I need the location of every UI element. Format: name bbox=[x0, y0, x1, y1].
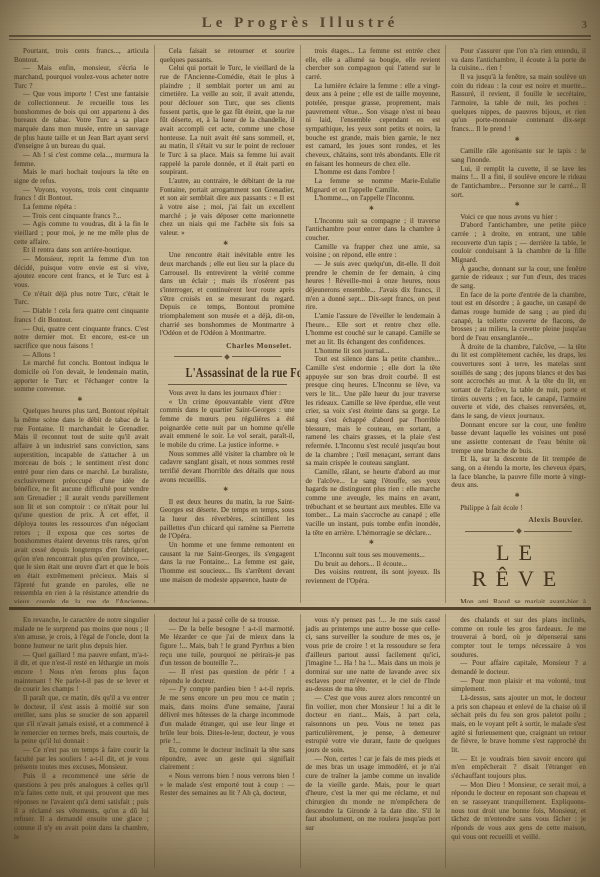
paragraph: L'Inconnu suit sa compagne ; il traverse… bbox=[306, 217, 441, 243]
paragraph: — Voyons, voyons, trois cent cinquante f… bbox=[14, 186, 149, 203]
paragraph: trois étages... La femme est entrée chez… bbox=[306, 47, 441, 82]
paragraph: Tout est silence dans la petite chambre.… bbox=[306, 355, 441, 468]
paragraph: Du bruit au dehors... Il écoute... bbox=[306, 560, 441, 569]
paragraph: D'abord l'antichambre, une petite pièce … bbox=[451, 221, 586, 264]
paragraph: Philippe à fait école ! bbox=[451, 504, 586, 513]
paragraph: Des voisins rentrent, ils sont joyeux. I… bbox=[306, 568, 441, 585]
paragraph: Voici ce que nous avons vu hier : bbox=[451, 213, 586, 222]
paragraph: « Un crime épouvantable vient d'être com… bbox=[160, 398, 295, 450]
paragraph: — Quel gaillard ! ma pauvre enfant, m'a-… bbox=[14, 651, 149, 694]
paragraph: Nous sommes allé visiter la chambre où l… bbox=[160, 450, 295, 485]
signature-alexis-bouvier: Alexis Bouvier. bbox=[451, 515, 583, 524]
page-number: 3 bbox=[582, 19, 588, 31]
paragraph: Vous avez lu dans les journaux d'hier : bbox=[160, 389, 295, 398]
feuilleton-separator-rule bbox=[9, 607, 591, 610]
section-break-ornament: ✱ bbox=[306, 540, 441, 547]
paragraph: En face de la porte d'entrée de la chamb… bbox=[451, 291, 586, 343]
section-break-ornament: ✱ bbox=[451, 202, 586, 209]
paragraph: Il va jusqu'à la fenêtre, sa main soulèv… bbox=[451, 73, 586, 134]
paragraph: — Ce n'est pas un temps à faire courir l… bbox=[14, 746, 149, 772]
masthead-title: Le Progrès Illustré bbox=[202, 15, 399, 32]
paragraph: Il paraît que, ce matin, dès qu'il a vu … bbox=[14, 694, 149, 746]
top-section: Pourtant, trois cents francs..., articul… bbox=[9, 45, 591, 603]
column-3: trois étages... La femme est entrée chez… bbox=[300, 45, 446, 603]
paragraph: — Trois cent cinquante francs ?... bbox=[14, 212, 149, 221]
paragraph: La femme se nomme Marie-Eulalie Mignard … bbox=[306, 177, 441, 194]
paragraph: Il est deux heures du matin, la rue Sain… bbox=[160, 498, 295, 541]
paragraph: En revanche, le caractère de notre singu… bbox=[14, 616, 149, 651]
article-headline-assassinat: L'Assassinat de la rue Fontaine bbox=[185, 366, 299, 382]
paragraph: Lui, il remplit la cuvette, il se lave l… bbox=[451, 165, 586, 200]
paragraph: Pour s'assurer que l'on n'a rien entendu… bbox=[451, 47, 586, 73]
paragraph: — De la belle besogne ! a-t-il marmotté.… bbox=[160, 625, 295, 668]
article-headline-wrap: L'Assassinat de la rue Fontaine bbox=[160, 364, 295, 382]
paragraph: À droite de la chambre, l'alcôve, — la t… bbox=[451, 343, 586, 421]
paragraph: « Nous verrons bien ! nous verrons bien … bbox=[160, 772, 295, 798]
feuilleton-text-col1: En revanche, le caractère de notre singu… bbox=[14, 616, 149, 841]
paragraph: — Ah ! si c'est comme cela..., murmura l… bbox=[14, 151, 149, 168]
ornament-divider bbox=[174, 355, 281, 359]
paragraph: Un homme et une femme remontent en causa… bbox=[160, 541, 295, 584]
paragraph: Ce n'était déjà plus notre Turc, c'était… bbox=[14, 290, 149, 307]
paragraph: Là-dessus, sans ajouter un mot, le docte… bbox=[451, 694, 586, 755]
paragraph: Camille râle agonisante sur le tapis : l… bbox=[451, 147, 586, 164]
section-break-ornament: ✱ bbox=[451, 493, 586, 500]
section-break-ornament: ✱ bbox=[160, 241, 295, 248]
column-2: Cela faisait se retourner et sourire que… bbox=[154, 45, 300, 603]
paragraph: Une rencontre était inévitable entre les… bbox=[160, 251, 295, 338]
paragraph: L'amie l'assure de l'éveiller le lendema… bbox=[306, 312, 441, 347]
paragraph: Puis il a recommencé une série de questi… bbox=[14, 772, 149, 841]
reve-story-col4: Mon ami Raoul se mariait avant-hier à Sa… bbox=[451, 598, 586, 603]
masthead-double-rule bbox=[9, 35, 591, 40]
signature-charles-monselet: Charles Monselet. bbox=[160, 341, 292, 350]
paragraph: À gauche, donnant sur la cour, une fenêt… bbox=[451, 265, 586, 291]
paragraph: L'homme..., on l'appelle l'Inconnu. bbox=[306, 194, 441, 203]
feuilleton-text-col3: vous n'y pensez pas !... Je me suis cass… bbox=[306, 616, 441, 833]
paragraph: Et, comme le docteur inclinait la tête s… bbox=[160, 746, 295, 772]
feuilleton-column-3: vous n'y pensez pas !... Je me suis cass… bbox=[300, 614, 446, 868]
paragraph: L'autre, au contraire, le débitant de la… bbox=[160, 177, 295, 238]
paragraph: L'homme lit son journal... bbox=[306, 347, 441, 356]
section-break-ornament: ✱ bbox=[306, 206, 441, 213]
section-break-ornament: ✱ bbox=[451, 137, 586, 144]
paragraph: — Allons ! bbox=[14, 351, 149, 360]
paragraph: — Non, certes ! car je fais de mes pieds… bbox=[306, 755, 441, 833]
paragraph: — J'y compte pardieu bien ! a-t-il repri… bbox=[160, 685, 295, 746]
paragraph: — Mais enfin, monsieur, s'écria le march… bbox=[14, 64, 149, 90]
paragraph: Camille va frapper chez une amie, sa voi… bbox=[306, 243, 441, 260]
paragraph: Et là, sur la descente de lit trempée de… bbox=[451, 455, 586, 490]
paragraph: Donnant encore sur la cour, une fenêtre … bbox=[451, 421, 586, 456]
column-1: Pourtant, trois cents francs..., articul… bbox=[9, 45, 154, 603]
paragraph: vous n'y pensez pas !... Je me suis cass… bbox=[306, 616, 441, 694]
paragraph: — Pour affaire capitale, Monsieur ? a de… bbox=[451, 659, 586, 676]
paragraph: — Mon Dieu ! Monsieur, ce serait moi, a … bbox=[451, 781, 586, 842]
feuilleton-column-1: En revanche, le caractère de notre singu… bbox=[9, 614, 154, 868]
feuilleton-text-col2: docteur lui a passé celle de sa trousse.… bbox=[160, 616, 295, 798]
diamond-icon bbox=[224, 354, 230, 360]
paragraph: L'Inconnu suit tous ses mouvements... bbox=[306, 551, 441, 560]
paragraph: Quelques heures plus tard, Bontout répét… bbox=[14, 407, 149, 603]
paragraph: Le marché fut conclu. Bontout indiqua le… bbox=[14, 359, 149, 394]
assassinat-article-col3: trois étages... La femme est entrée chez… bbox=[306, 47, 441, 586]
section-break-ornament: ✱ bbox=[160, 487, 295, 494]
paragraph: Camille, râlant, se heurte d'abord au mu… bbox=[306, 468, 441, 537]
paragraph: Et il rentra dans son arrière-boutique. bbox=[14, 246, 149, 255]
paragraph: — Oui, quatre cent cinquante francs. C'e… bbox=[14, 325, 149, 351]
paragraph: Celui qui portait le Turc, le vieillard … bbox=[160, 64, 295, 177]
paragraph: Mon ami Raoul se mariait avant-hier à Sa… bbox=[451, 598, 586, 603]
headline-rule bbox=[168, 384, 287, 385]
paragraph: La femme répéta : bbox=[14, 203, 149, 212]
paragraph: des chalands et sur des plans inclinés, … bbox=[451, 616, 586, 659]
paragraph: Cela faisait se retourner et sourire que… bbox=[160, 47, 295, 64]
paragraph: — C'est que vous aurez alors rencontré u… bbox=[306, 694, 441, 755]
assassinat-article-col4: Pour s'assurer que l'on n'a rien entendu… bbox=[451, 47, 586, 512]
paragraph: — Que vous importe ! C'est une fantaisie… bbox=[14, 90, 149, 151]
paragraph: docteur lui a passé celle de sa trousse. bbox=[160, 616, 295, 625]
assassinat-article-col2: Vous avez lu dans les journaux d'hier :«… bbox=[160, 389, 295, 585]
monselet-story-col1: Pourtant, trois cents francs..., articul… bbox=[14, 47, 149, 603]
paragraph: — Je suis avec quelqu'un, dit-elle. Il d… bbox=[306, 260, 441, 312]
section-break-ornament: ✱ bbox=[14, 397, 149, 404]
paragraph: — Diable ! cela fera quatre cent cinquan… bbox=[14, 307, 149, 324]
paragraph: — Monsieur, reprit la femme d'un ton déc… bbox=[14, 255, 149, 290]
paragraph: La lumière éclaire la femme : elle a vin… bbox=[306, 82, 441, 169]
paragraph: Mais le mari hochait toujours la tête en… bbox=[14, 168, 149, 185]
paragraph: L'homme est dans l'ombre ! bbox=[306, 168, 441, 177]
feuilleton-column-4: des chalands et sur des plans inclinés, … bbox=[445, 614, 591, 868]
feuilleton-section: En revanche, le caractère de notre singu… bbox=[9, 614, 591, 868]
paragraph: — Et je voudrais bien savoir encore qui … bbox=[451, 755, 586, 781]
page-header: Le Progrès Illustré 3 bbox=[9, 6, 591, 32]
monselet-story-col2: Cela faisait se retourner et sourire que… bbox=[160, 47, 295, 338]
feuilleton-text-col4: des chalands et sur des plans inclinés, … bbox=[451, 616, 586, 841]
paragraph: — Agis comme tu voudras, dit à la fin le… bbox=[14, 220, 149, 246]
column-4: Pour s'assurer que l'on n'a rien entendu… bbox=[445, 45, 591, 603]
paragraph: — Il n'est pas question de périr ! a rép… bbox=[160, 668, 295, 685]
newspaper-page: Le Progrès Illustré 3 Pourtant, trois ce… bbox=[0, 0, 600, 877]
paragraph: Pourtant, trois cents francs..., articul… bbox=[14, 47, 149, 64]
reve-title: LE RÊVE bbox=[451, 540, 586, 592]
paragraph: — Pour mon plaisir et ma volonté, tout s… bbox=[451, 677, 586, 694]
ornament-divider bbox=[465, 529, 572, 533]
diamond-icon bbox=[516, 528, 522, 534]
feuilleton-column-2: docteur lui a passé celle de sa trousse.… bbox=[154, 614, 300, 868]
